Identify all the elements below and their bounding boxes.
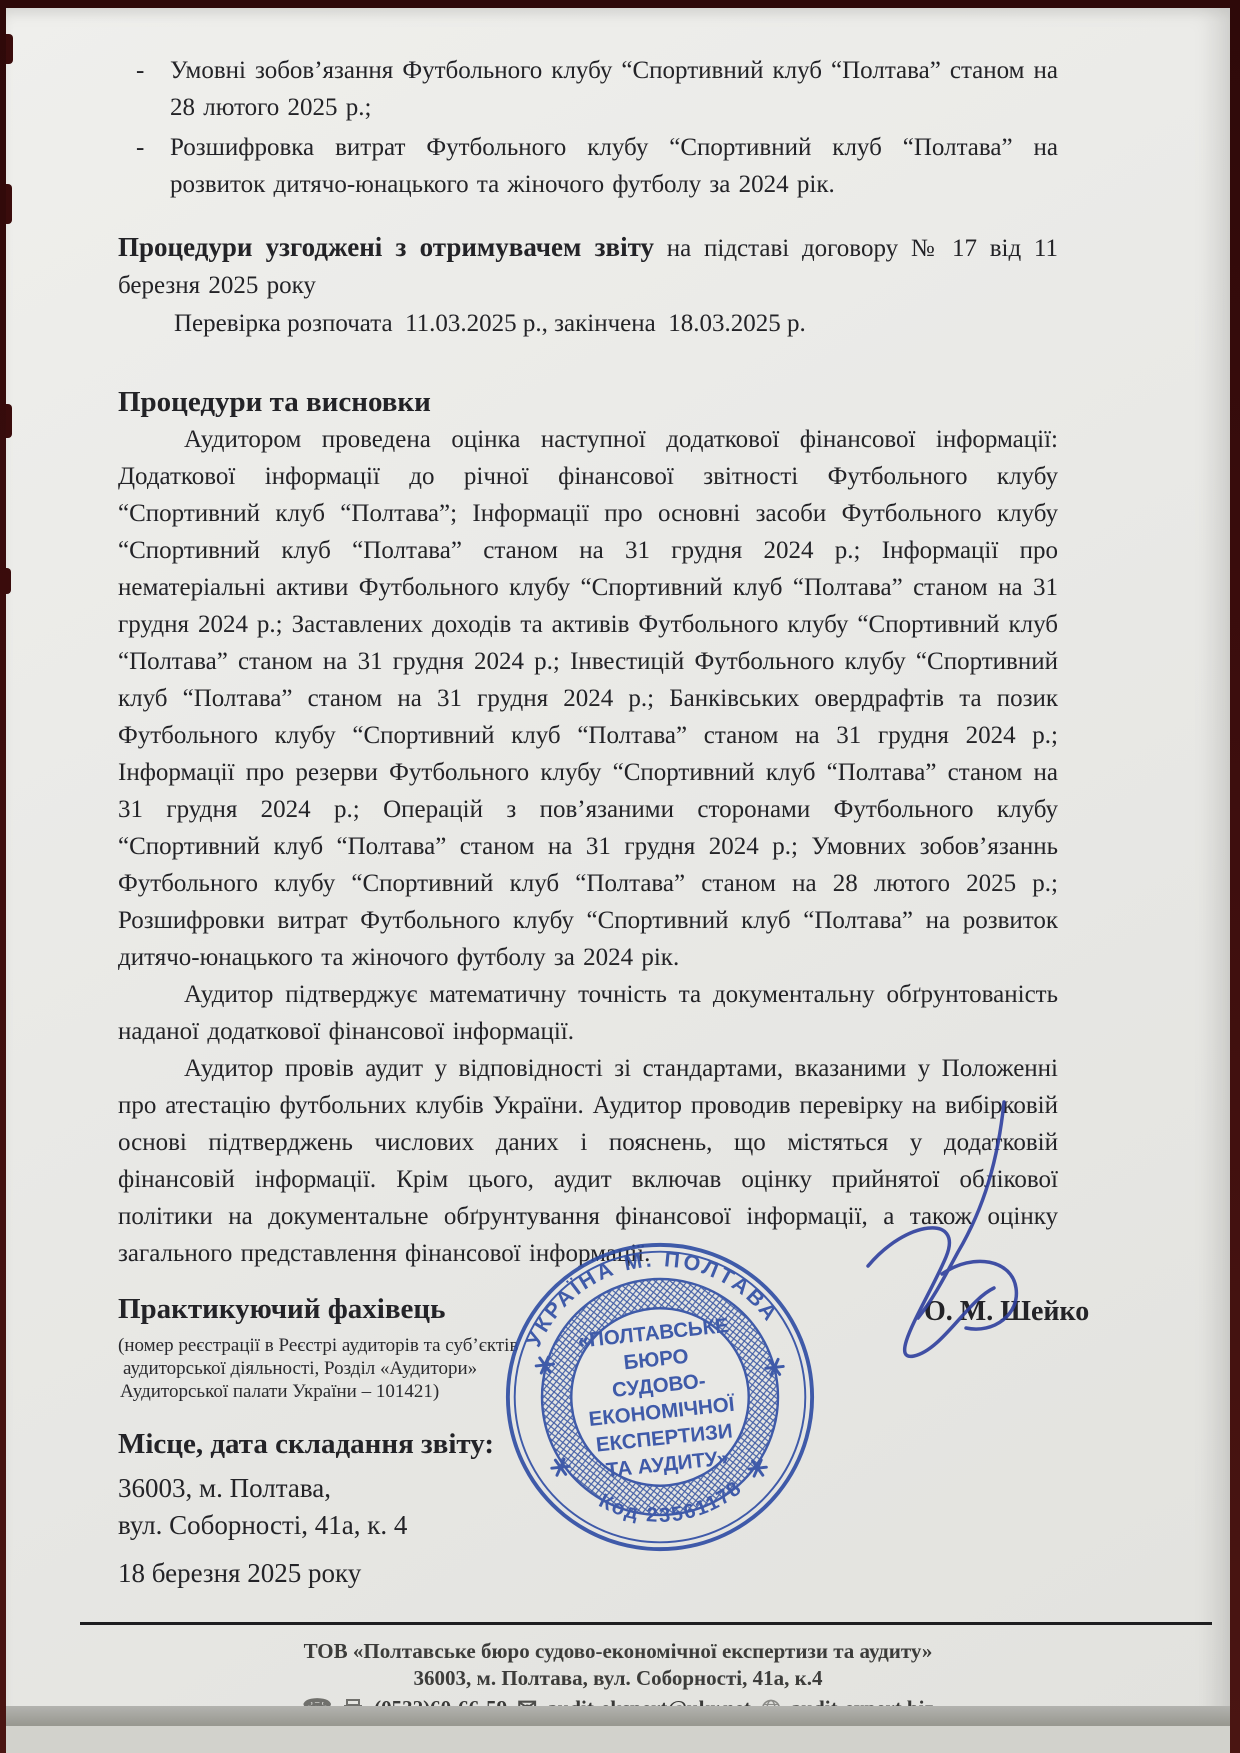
- paper-edge-notch: [6, 34, 13, 64]
- address-block: 36003, м. Полтава, вул. Соборності, 41а,…: [118, 1470, 407, 1544]
- procedures-agreed-paragraph: Процедури узгоджені з отримувачем звіту …: [118, 229, 1058, 304]
- list-item: - Умовні зобов’язання Футбольного клубу …: [118, 52, 1058, 126]
- paper-edge-notch: [6, 184, 12, 224]
- registration-note-line: (номер реєстрації в Реєстрі аудиторів та…: [118, 1334, 518, 1357]
- official-stamp: УКРАЇНА М. ПОЛТАВА Код 23561178 «ПОЛТАВС…: [489, 1226, 832, 1569]
- report-date: 18 березня 2025 року: [118, 1558, 361, 1589]
- paper-edge-notch: [6, 404, 12, 438]
- address-line: 36003, м. Полтава,: [118, 1470, 407, 1507]
- list-item-text: Умовні зобов’язання Футбольного клубу “С…: [170, 57, 1058, 121]
- footer-divider-rule: [80, 1622, 1212, 1625]
- audit-paragraph-2: Аудитор підтверджує математичну точність…: [118, 976, 1058, 1050]
- document-body: - Умовні зобов’язання Футбольного клубу …: [118, 52, 1058, 1272]
- list-item-text: Розшифровка витрат Футбольного клубу “Сп…: [170, 134, 1058, 198]
- document-page: - Умовні зобов’язання Футбольного клубу …: [6, 8, 1230, 1753]
- section-heading: Процедури та висновки: [118, 384, 1058, 421]
- place-date-heading: Місце, дата складання звіту:: [118, 1428, 494, 1461]
- procedures-agreed-heading: Процедури узгоджені з отримувачем звіту: [118, 232, 654, 262]
- footer-company: ТОВ «Полтавське бюро судово-економічної …: [6, 1638, 1230, 1665]
- bottom-shadow-band: [6, 1706, 1230, 1726]
- footer-address: 36003, м. Полтава, вул. Соборності, 41а,…: [6, 1665, 1230, 1692]
- paper-edge-notch: [6, 568, 11, 594]
- handwritten-signature: [844, 1090, 1074, 1400]
- audit-paragraph-1: Аудитором проведена оцінка наступної дод…: [118, 421, 1058, 976]
- registration-note-line: Аудиторської палати України – 101421): [118, 1380, 518, 1403]
- list-item: - Розшифровка витрат Футбольного клубу “…: [118, 129, 1058, 203]
- check-dates-line: Перевірка розпочата 11.03.2025 р., закін…: [118, 305, 1058, 342]
- address-line: вул. Соборності, 41а, к. 4: [118, 1507, 407, 1544]
- bottom-paper-edge: [6, 1726, 1230, 1753]
- registration-note-line: аудиторської діяльності, Розділ «Аудитор…: [118, 1357, 518, 1380]
- dash-marker: -: [136, 52, 144, 89]
- dash-marker: -: [136, 129, 144, 166]
- specialist-registration-note: (номер реєстрації в Реєстрі аудиторів та…: [118, 1334, 518, 1403]
- specialist-title: Практикуючий фахівець: [118, 1293, 445, 1326]
